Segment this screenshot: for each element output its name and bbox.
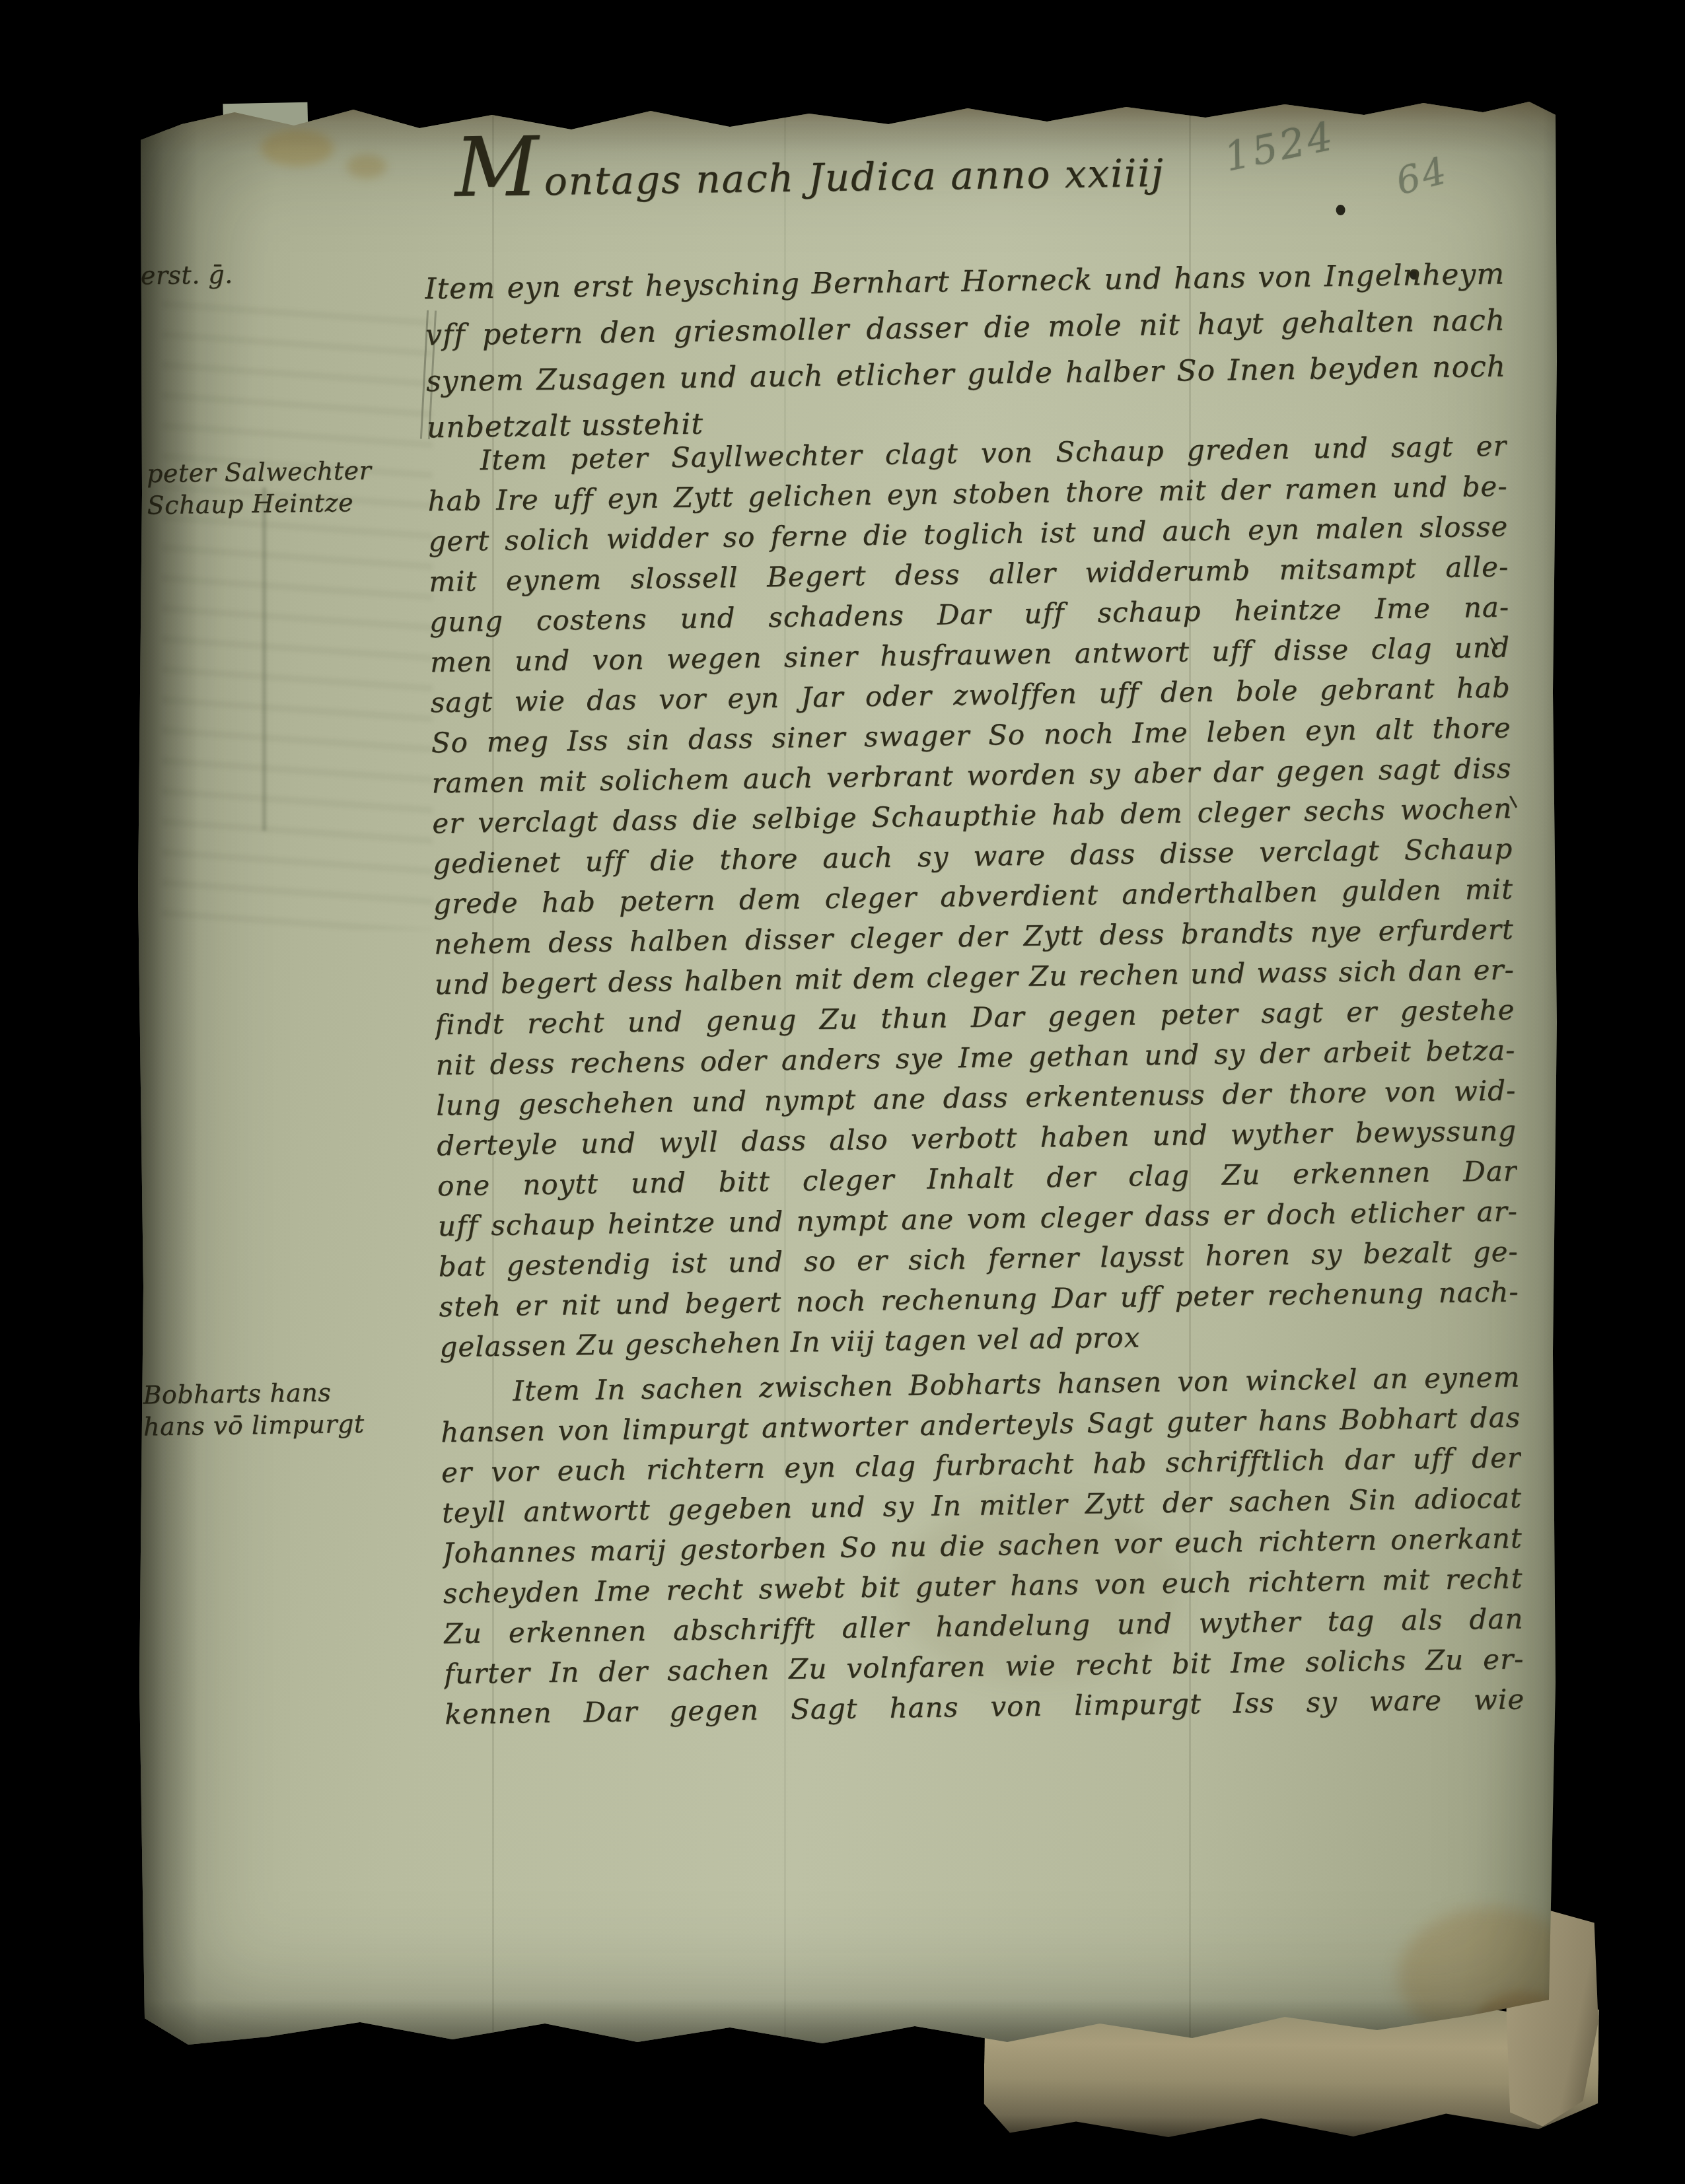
margin-note-line: hans vō limpurgt (143, 1408, 365, 1443)
page-heading: Montags nach Judica anno xxiiij (340, 149, 1279, 207)
pencil-year-annotation: 1524 (1221, 113, 1339, 181)
margin-note-line: Bobharts hans (143, 1376, 364, 1411)
margin-note-expeditur: erst. ḡ. (140, 258, 233, 291)
margin-note-parties-2: Bobharts hans hans vō limpurgt (143, 1376, 365, 1443)
photograph-black-backdrop: { "colors":{"background":"#000000","pape… (0, 0, 1685, 2184)
entry-paragraph-2: Item peter Sayllwechter clagt von Schaup… (427, 425, 1519, 1367)
margin-note-line: peter Salwechter (147, 455, 372, 490)
margin-note-line: Schaup Heintze (147, 487, 372, 522)
folio-number: 64 (1392, 149, 1453, 203)
handwritten-text-layer: Montags nach Judica anno xxiiij 1524 64 … (122, 81, 1598, 2049)
ink-dot (1336, 205, 1345, 215)
entry-paragraph-3: Item In sachen zwischen Bobharts hansen … (440, 1356, 1525, 1734)
entry-paragraph-1: Item eyn erst heysching Bernhart Horneck… (425, 252, 1507, 452)
margin-note-parties-1: peter Salwechter Schaup Heintze (147, 455, 373, 522)
margin-note-line: erst. ḡ. (140, 258, 233, 291)
manuscript-page: Montags nach Judica anno xxiiij 1524 64 … (135, 98, 1585, 2046)
